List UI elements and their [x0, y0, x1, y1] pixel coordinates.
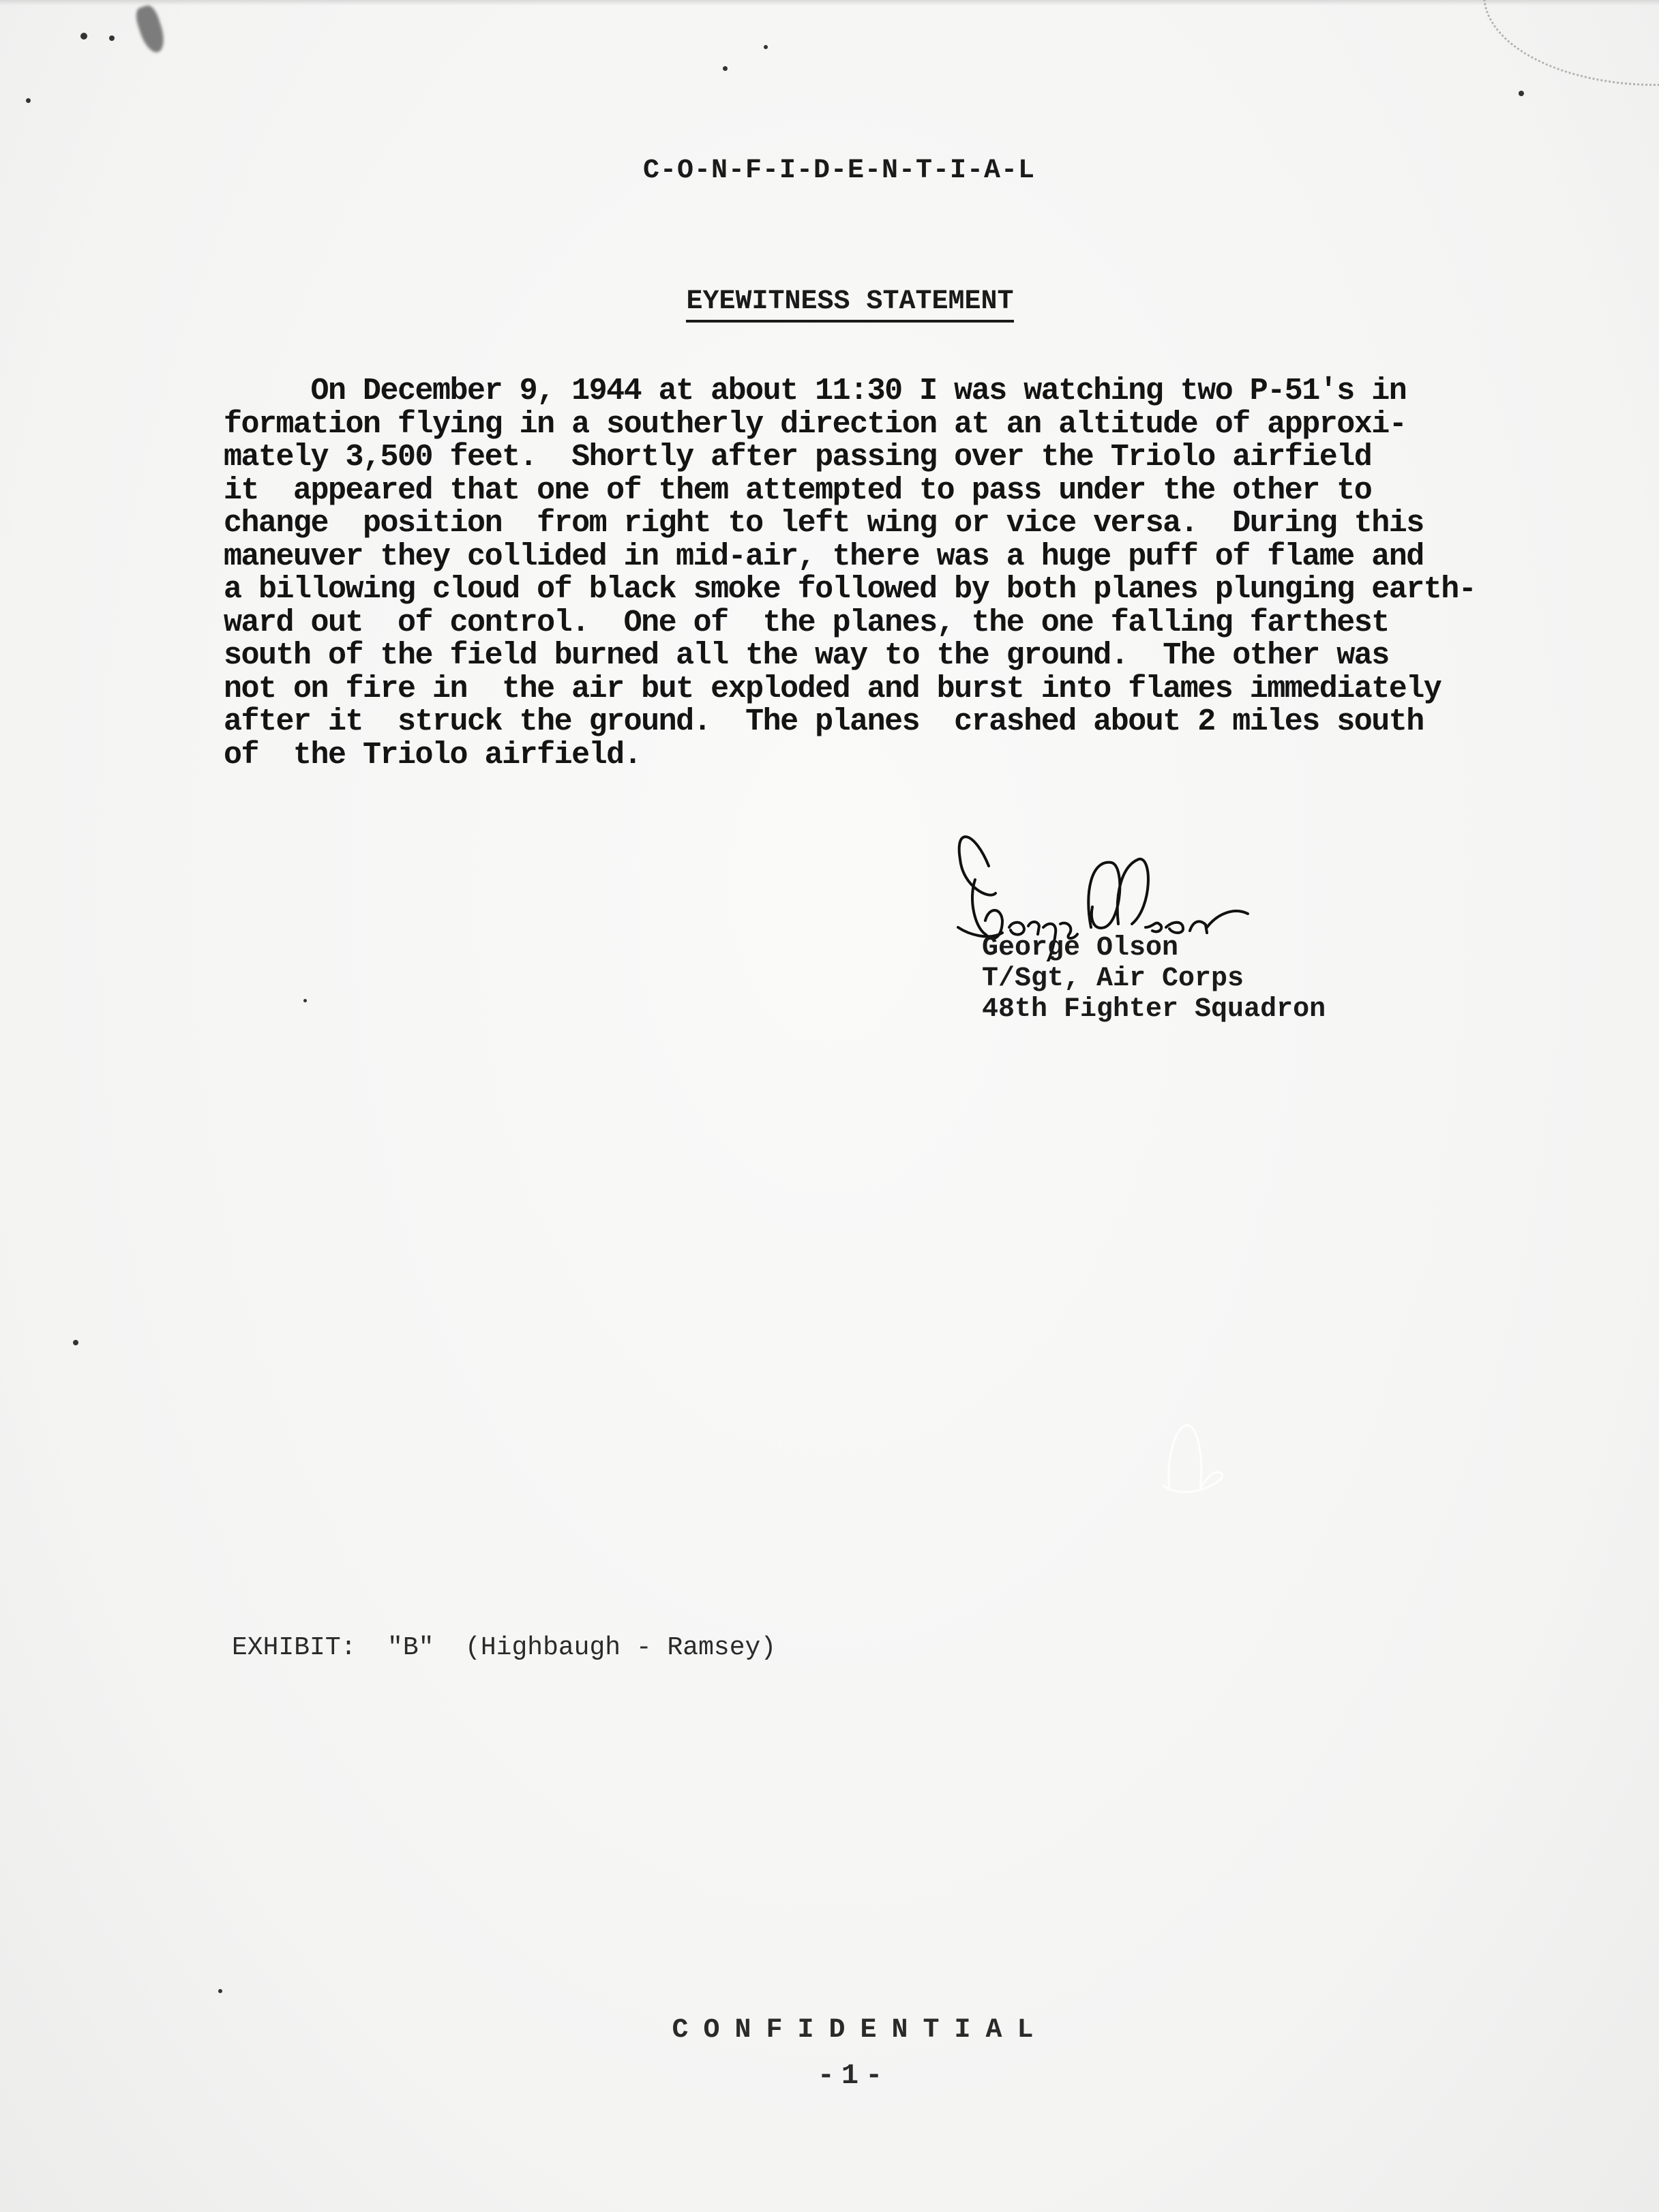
signer-rank: T/Sgt, Air Corps — [982, 963, 1326, 994]
exhibit-reference: EXHIBIT: "B" (Highbaugh - Ramsey) — [232, 1633, 776, 1662]
statement-line: On December 9, 1944 at about 11:30 I was… — [224, 375, 1519, 408]
faded-mark — [1132, 1405, 1241, 1507]
statement-line: maneuver they collided in mid-air, there… — [224, 541, 1519, 574]
classification-footer: CONFIDENTIAL — [0, 2015, 1659, 2046]
ink-speck — [109, 35, 115, 41]
ink-speck — [218, 1989, 222, 1993]
ink-speck — [764, 45, 768, 49]
statement-line: of the Triolo airfield. — [224, 739, 1519, 773]
ink-speck — [73, 1340, 78, 1345]
statement-line: mately 3,500 feet. Shortly after passing… — [224, 441, 1519, 475]
statement-line: ward out of control. One of the planes, … — [224, 607, 1519, 640]
ink-speck — [1519, 91, 1524, 96]
signer-unit: 48th Fighter Squadron — [982, 994, 1326, 1025]
document-title-text: EYEWITNESS STATEMENT — [686, 286, 1013, 323]
page-number: -1- — [0, 2059, 1659, 2092]
statement-line: south of the field burned all the way to… — [224, 640, 1519, 673]
statement-line: after it struck the ground. The planes c… — [224, 706, 1519, 739]
corner-stamp-arc — [1483, 0, 1659, 86]
scan-top-edge — [0, 0, 1659, 5]
statement-line: it appeared that one of them attempted t… — [224, 475, 1519, 508]
statement-line: not on fire in the air but exploded and … — [224, 673, 1519, 706]
signature-block: George OlsonT/Sgt, Air Corps48th Fighter… — [982, 933, 1326, 1025]
ink-speck — [723, 66, 728, 71]
ink-speck — [26, 98, 31, 103]
statement-line: a billowing cloud of black smoke followe… — [224, 573, 1519, 607]
ink-speck — [303, 999, 307, 1002]
statement-line: change position from right to left wing … — [224, 507, 1519, 541]
statement-body: On December 9, 1944 at about 11:30 I was… — [224, 375, 1519, 772]
ink-smudge — [133, 3, 168, 55]
ink-speck — [80, 33, 87, 40]
statement-line: formation flying in a southerly directio… — [224, 408, 1519, 442]
classification-header: C-O-N-F-I-D-E-N-T-I-A-L — [0, 155, 1659, 186]
document-page: C-O-N-F-I-D-E-N-T-I-A-L EYEWITNESS STATE… — [0, 0, 1659, 2212]
signer-name: George Olson — [982, 933, 1326, 963]
document-title: EYEWITNESS STATEMENT — [0, 286, 1659, 317]
